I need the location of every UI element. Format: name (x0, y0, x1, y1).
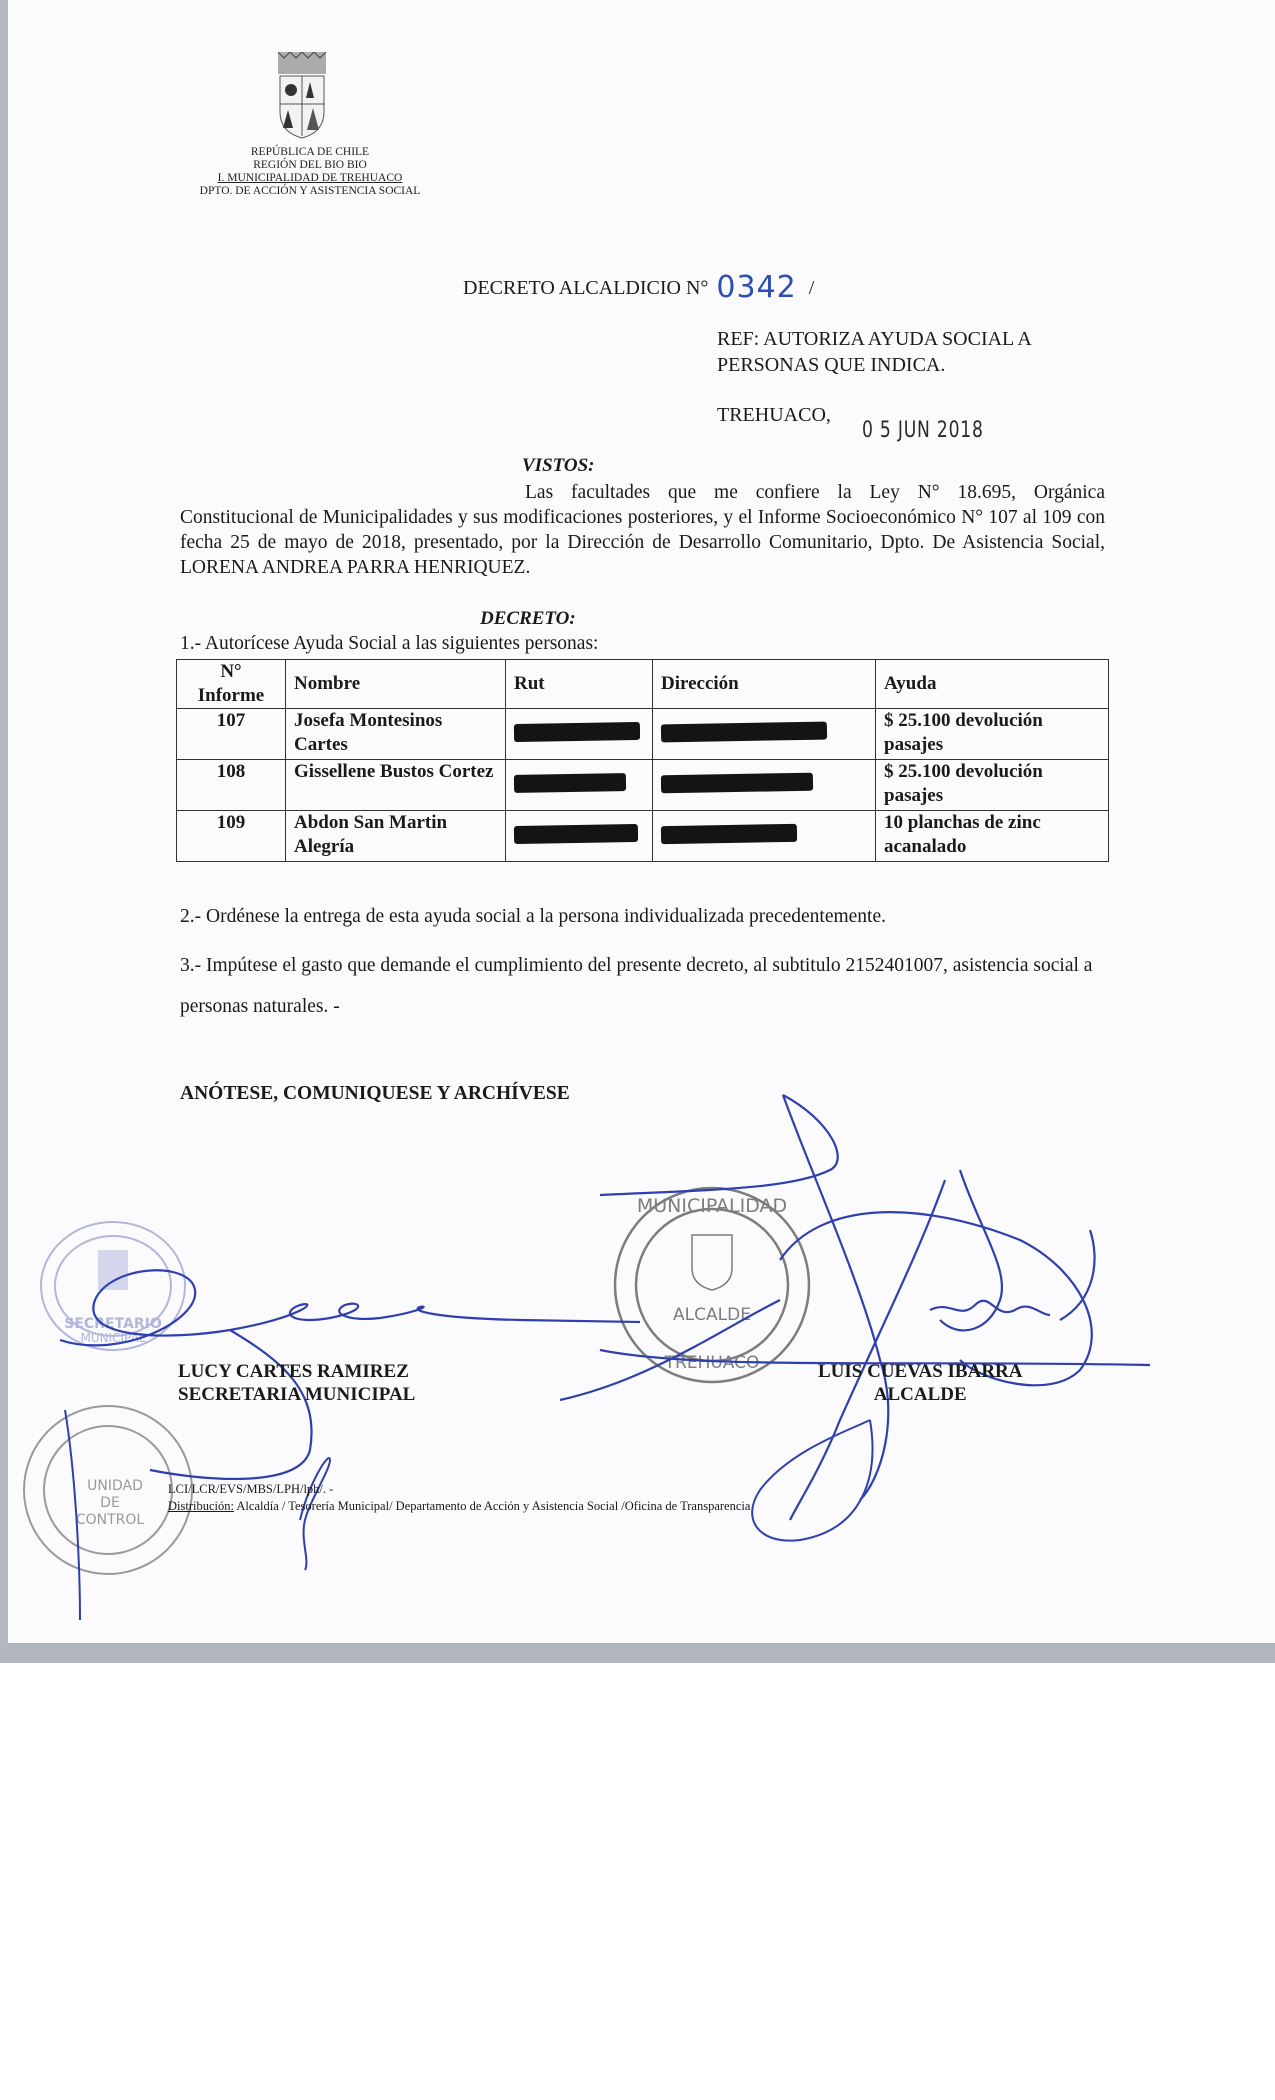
scan-edge-left (0, 0, 8, 1663)
decreto-heading: DECRETO: (480, 608, 576, 630)
cell-informe: 107 (177, 709, 286, 760)
cell-direccion (653, 811, 876, 862)
signature-block-secretaria: LUCY CARTES RAMIREZ SECRETARIA MUNICIPAL (178, 1360, 415, 1406)
cell-direccion (653, 760, 876, 811)
table-row: 107 Josefa Montesinos Cartes $ 25.100 de… (177, 709, 1109, 760)
reference: REF: AUTORIZA AYUDA SOCIAL A PERSONAS QU… (717, 326, 1032, 378)
decree-number-handwritten: 0342 (716, 270, 796, 305)
distribution-text: Alcaldía / Tesorería Municipal/ Departam… (234, 1499, 750, 1513)
cell-nombre: Gissellene Bustos Cortez (286, 760, 506, 811)
col-header-nombre: Nombre (286, 660, 506, 709)
decree-item-1: 1.- Autorícese Ayuda Social a las siguie… (180, 633, 598, 655)
col-header-informe: N° Informe (177, 660, 286, 709)
redaction-bar (514, 722, 640, 742)
letterhead-line: DPTO. DE ACCIÓN Y ASISTENCIA SOCIAL (180, 185, 440, 198)
scan-edge-bottom (0, 1643, 1275, 1663)
redaction-bar (514, 824, 638, 844)
place: TREHUACO, (717, 404, 831, 427)
decree-item-3: 3.- Impútese el gasto que demande el cum… (180, 945, 1105, 1027)
date-stamp: 0 5 JUN 2018 (862, 418, 984, 443)
closing-formula: ANÓTESE, COMUNIQUESE Y ARCHÍVESE (180, 1083, 570, 1105)
vistos-paragraph-text: Las facultades que me confiere la Ley N°… (180, 482, 1105, 578)
cell-nombre: Abdon San Martin Alegría (286, 811, 506, 862)
col-header-rut: Rut (506, 660, 653, 709)
table-header-row: N° Informe Nombre Rut Dirección Ayuda (177, 660, 1109, 709)
letterhead-line: REPÚBLICA DE CHILE (180, 146, 440, 159)
vistos-heading: VISTOS: (522, 455, 595, 477)
col-header-direccion: Dirección (653, 660, 876, 709)
letterhead-line: I. MUNICIPALIDAD DE TREHUACO (180, 172, 440, 185)
cell-informe: 108 (177, 760, 286, 811)
decree-item-2: 2.- Ordénese la entrega de esta ayuda so… (180, 906, 886, 928)
redaction-bar (514, 773, 626, 793)
signer-name: LUIS CUEVAS IBARRA (818, 1360, 1022, 1383)
redaction-bar (661, 722, 827, 743)
letterhead: REPÚBLICA DE CHILE REGIÓN DEL BIO BIO I.… (180, 146, 440, 198)
cell-ayuda: $ 25.100 devolución pasajes (876, 760, 1109, 811)
cell-rut (506, 760, 653, 811)
signer-name: LUCY CARTES RAMIREZ (178, 1360, 415, 1383)
letterhead-line: REGIÓN DEL BIO BIO (180, 159, 440, 172)
signer-role: ALCALDE (818, 1383, 1022, 1406)
footer-initials: LCI/LCR/EVS/MBS/LPH/lph/. - (168, 1482, 333, 1497)
cell-rut (506, 709, 653, 760)
coat-of-arms-icon (272, 52, 332, 140)
cell-informe: 109 (177, 811, 286, 862)
col-header-ayuda: Ayuda (876, 660, 1109, 709)
cell-nombre: Josefa Montesinos Cartes (286, 709, 506, 760)
signer-role: SECRETARIA MUNICIPAL (178, 1383, 415, 1406)
decree-title-label: DECRETO ALCALDICIO N° (463, 277, 708, 299)
beneficiaries-table: N° Informe Nombre Rut Dirección Ayuda 10… (176, 659, 1109, 862)
cell-ayuda: $ 25.100 devolución pasajes (876, 709, 1109, 760)
distribution-label: Distribución: (168, 1499, 234, 1513)
signature-block-alcalde: LUIS CUEVAS IBARRA ALCALDE (818, 1360, 1022, 1406)
cell-rut (506, 811, 653, 862)
cell-ayuda: 10 planchas de zinc acanalado (876, 811, 1109, 862)
table-row: 108 Gissellene Bustos Cortez $ 25.100 de… (177, 760, 1109, 811)
cell-direccion (653, 709, 876, 760)
decree-title-suffix: / (809, 277, 815, 299)
vistos-paragraph: Las facultades que me confiere la Ley N°… (180, 480, 1105, 580)
reference-line: PERSONAS QUE INDICA. (717, 352, 1032, 378)
table-row: 109 Abdon San Martin Alegría 10 planchas… (177, 811, 1109, 862)
redaction-bar (661, 824, 797, 844)
redaction-bar (661, 773, 813, 794)
reference-line: REF: AUTORIZA AYUDA SOCIAL A (717, 326, 1032, 352)
decree-title: DECRETO ALCALDICIO N°0342/ (463, 270, 814, 305)
footer-distribution: Distribución: Alcaldía / Tesorería Munic… (168, 1499, 750, 1514)
